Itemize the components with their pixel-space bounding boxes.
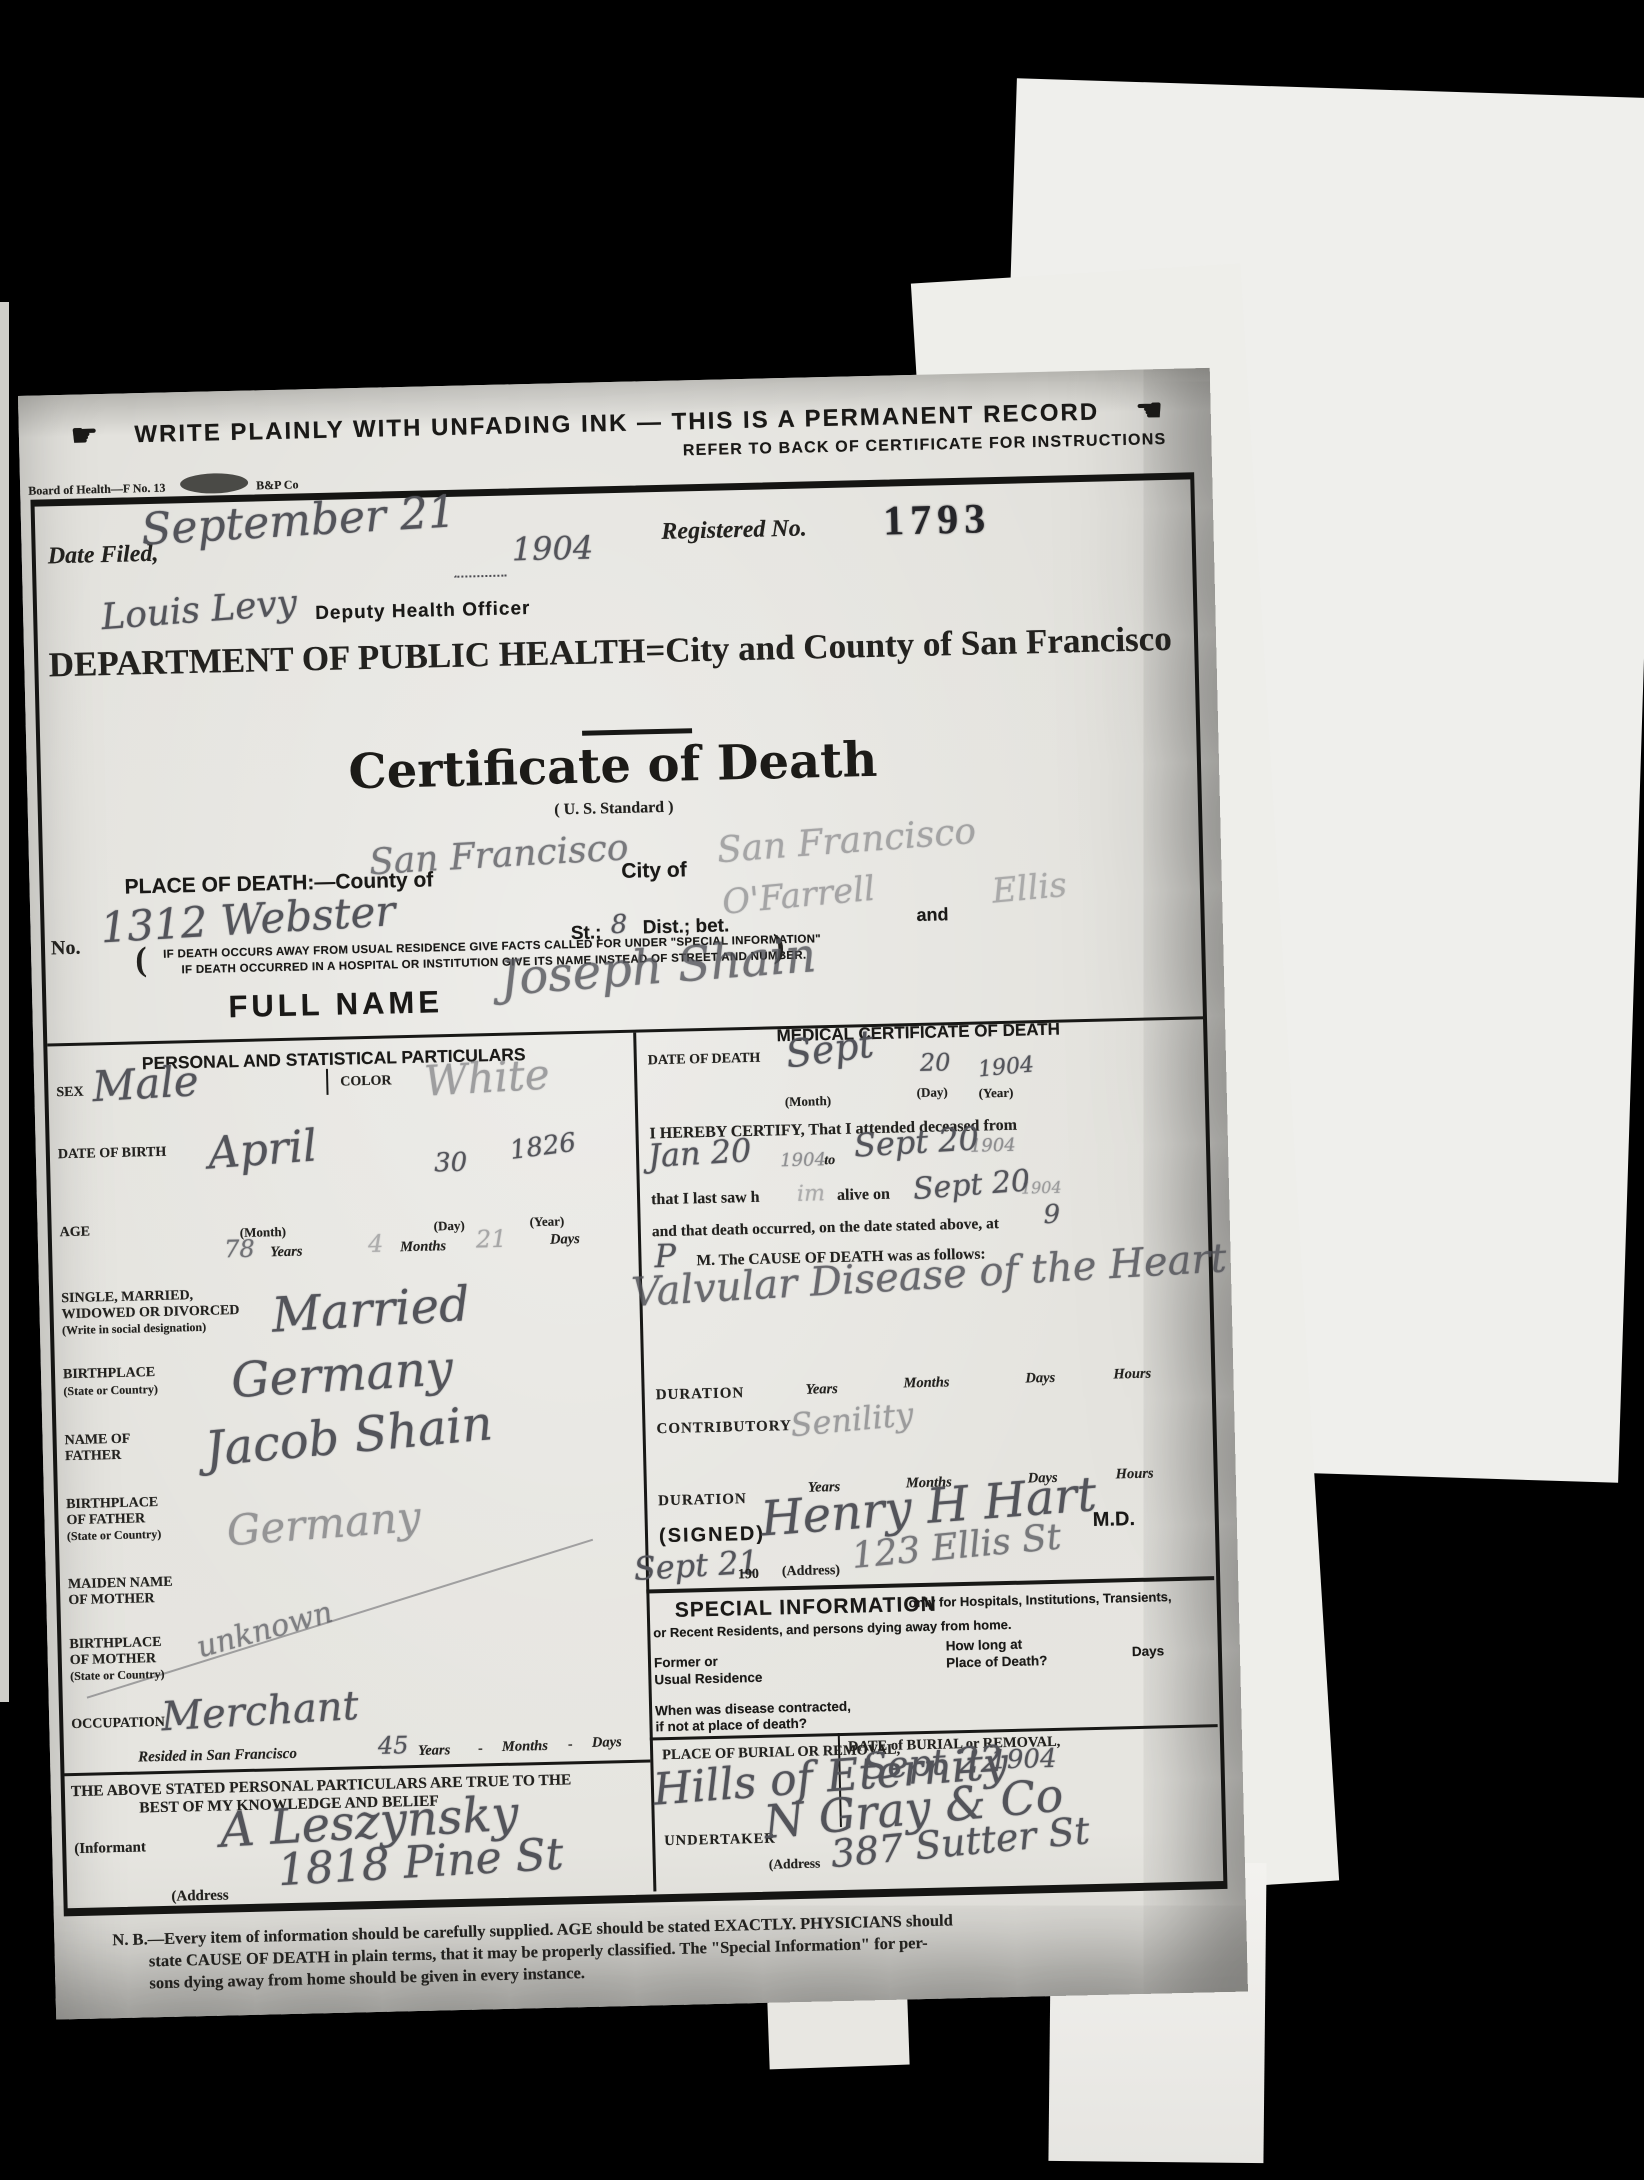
certificate-page: ☛ WRITE PLAINLY WITH UNFADING INK — THIS… (18, 368, 1248, 2020)
no-label: No. (51, 937, 81, 961)
marital-value: Married (270, 1276, 471, 1343)
age-years-caption: Years (270, 1244, 303, 1262)
birthplace-label: BIRTHPLACE (63, 1365, 155, 1383)
contributory-label: CONTRIBUTORY (656, 1418, 792, 1438)
birthplace-caption: (State or Country) (63, 1382, 158, 1399)
dob-month-value: April (206, 1120, 319, 1179)
age-years-value: 78 (224, 1235, 255, 1264)
duration2-label: DURATION (658, 1491, 747, 1510)
death-hour-value: 9 (1043, 1200, 1060, 1230)
duration-label: DURATION (656, 1385, 745, 1404)
dob-label: DATE OF BIRTH (58, 1145, 167, 1164)
last-saw-prefix: that I last saw h (651, 1189, 760, 1210)
signed-year: 190 (738, 1567, 759, 1583)
duration-days-caption: Days (1025, 1370, 1055, 1388)
dob-day-value: 30 (434, 1148, 468, 1179)
signed-address-label: (Address) (782, 1563, 840, 1580)
sex-label: SEX (56, 1085, 84, 1102)
undertaker-label: UNDERTAKER (664, 1831, 776, 1851)
former-residence-label-1: Former or (654, 1654, 718, 1670)
printer-stamp (180, 473, 248, 495)
father-label-2: FATHER (65, 1448, 122, 1465)
last-saw-suffix: alive on (837, 1186, 890, 1205)
resided-dash-2: - (568, 1737, 573, 1753)
how-long-label-2: Place of Death? (946, 1653, 1048, 1670)
mother-name-label-2: OF MOTHER (68, 1591, 155, 1609)
mother-birthplace-caption: (State or Country) (70, 1667, 165, 1684)
printer-name: B&P Co (256, 477, 299, 493)
attended-from-year: 1904 (780, 1149, 826, 1171)
registered-no-label: Registered No. (661, 515, 807, 545)
mother-name-label-1: MAIDEN NAME (68, 1575, 173, 1593)
death-year-value: 1904 (977, 1052, 1035, 1082)
registered-number: 1793 (883, 495, 992, 546)
undertaker-address-label: (Address (769, 1856, 821, 1873)
attended-to-year: 1904 (970, 1135, 1016, 1157)
last-saw-fill: im (797, 1181, 825, 1207)
duration-years-caption: Years (805, 1381, 838, 1399)
duration2-hours-caption: Hours (1116, 1466, 1154, 1484)
to-label: to (824, 1153, 835, 1169)
dob-day-caption: (Day) (433, 1218, 464, 1235)
duration-months-caption: Months (903, 1374, 949, 1392)
death-year-caption: (Year) (979, 1085, 1014, 1102)
occupation-label: OCCUPATION (71, 1715, 165, 1733)
date-of-death-label: DATE OF DEATH (648, 1051, 761, 1070)
sex-value: Male (91, 1056, 200, 1111)
death-day-value: 20 (920, 1048, 951, 1077)
age-months-value: 4 (368, 1230, 384, 1258)
age-months-caption: Months (400, 1238, 446, 1256)
dob-year-caption: (Year) (529, 1213, 564, 1230)
resided-years-caption: Years (418, 1742, 451, 1760)
father-label-1: NAME OF (64, 1432, 130, 1450)
former-residence-label-2: Usual Residence (654, 1670, 762, 1688)
and-street-value: Ellis (990, 865, 1068, 912)
left-edge-sliver (0, 302, 9, 1702)
father-birthplace-label-2: OF FATHER (66, 1511, 145, 1529)
death-month-caption: (Month) (785, 1093, 832, 1110)
last-saw-year: 1904 (1021, 1178, 1062, 1198)
age-label: AGE (60, 1225, 91, 1242)
color-label: COLOR (340, 1073, 392, 1090)
note-open-paren: ( (135, 941, 147, 979)
scanned-document-scene: ☛ WRITE PLAINLY WITH UNFADING INK — THIS… (0, 0, 1644, 2180)
duration-hours-caption: Hours (1113, 1366, 1151, 1384)
date-filed-year: 1904 (511, 528, 593, 568)
age-days-value: 21 (476, 1225, 507, 1254)
father-birthplace-caption: (State or Country) (67, 1527, 162, 1544)
how-long-label-1: How long at (946, 1637, 1023, 1654)
district-value: 8 (610, 910, 627, 940)
resided-dash-1: - (478, 1741, 483, 1757)
age-days-caption: Days (550, 1231, 580, 1249)
resided-months-caption: Months (502, 1738, 548, 1756)
and-label: and (916, 904, 949, 926)
death-day-caption: (Day) (916, 1084, 947, 1101)
color-value: White (423, 1050, 551, 1106)
city-label: City of (621, 858, 687, 884)
attended-to-date: Sept 20 (853, 1119, 980, 1164)
full-name-label: FULL NAME (228, 984, 443, 1025)
attended-from-date: Jan 20 (647, 1131, 752, 1175)
resided-years-value: 45 (378, 1731, 409, 1760)
pointing-hand-right-icon: ☛ (71, 418, 99, 454)
pointing-hand-left-icon: ☚ (1135, 393, 1163, 429)
days-label: Days (1132, 1643, 1165, 1659)
informant-address-label: (Address (171, 1887, 229, 1905)
resided-days-caption: Days (592, 1734, 622, 1752)
md-label: M.D. (1093, 1508, 1136, 1532)
informant-label: (Informant (74, 1839, 146, 1858)
